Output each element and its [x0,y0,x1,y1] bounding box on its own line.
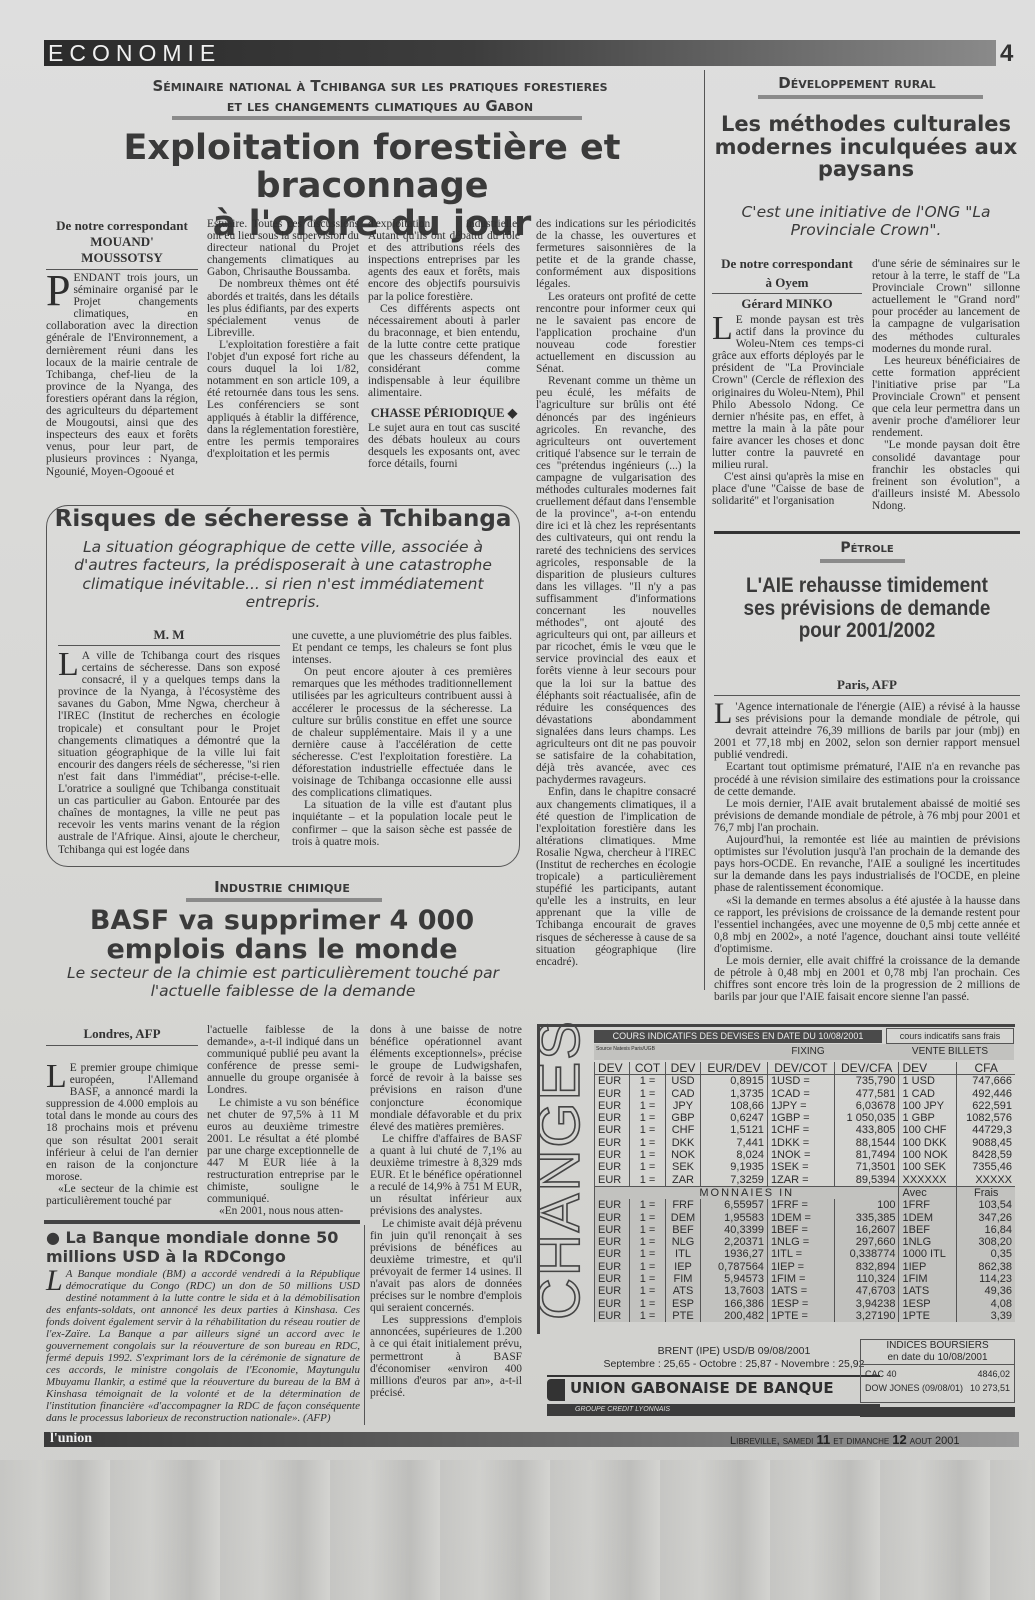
drought-column-1: L A ville de Tchibanga court des risques… [58,650,280,856]
paragraph: Le chimiste avait déjà prévenu fin juin … [370,1218,522,1315]
changes-side-title: cours indicatifs sans frais [886,1028,1014,1044]
table-cell: 1,5121 [701,1124,768,1136]
table-cell: 88,1544 [834,1137,899,1149]
table-cell: 100 SEK [899,1161,957,1173]
newspaper-page: ECONOMIE 4 Séminaire national à Tchibang… [0,0,1035,1600]
paragraph: Les heureux bénéficiaires de cette forma… [872,355,1020,440]
monnaies-in-rows: EUR1 =FRF6,559571FRF =1001FRF103,54EUR1 … [595,1199,1016,1322]
table-row: EUR1 =USD0,89151USD =735,7901 USD747,666 [595,1075,1016,1088]
changes-source: Source Natexis Paris/UGB [596,1046,655,1052]
table-cell: 1 050,035 [834,1112,899,1124]
byline-name-2: MOUSSOTSY [46,250,198,266]
bank-rule-top [547,1375,880,1377]
table-cell: 1IEP = [767,1261,834,1273]
table-cell: 862,38 [957,1261,1015,1273]
date-day: 12 [892,1432,906,1447]
column-header: DEV [595,1062,630,1075]
table-cell: 81,7494 [834,1149,899,1161]
table-row: EUR1 =IEP0,7875641IEP =832,8941IEP862,38 [595,1261,1016,1273]
table-cell: 1 = [630,1100,666,1112]
table-cell: 492,446 [957,1088,1015,1100]
table-cell: 44729,3 [957,1124,1015,1136]
paragraph: dons à une baisse de notre bénéfice opér… [370,1024,522,1133]
table-cell: 1ESP [899,1298,957,1310]
indices-date: en date du 10/08/2001 [861,1352,1014,1365]
table-cell: 1USD = [767,1075,834,1088]
petrole-headline-line3: pour 2001/2002 [729,620,1004,643]
table-cell: SEK [665,1161,700,1173]
table-cell: 100 DKK [899,1137,957,1149]
table-cell: 16,2607 [834,1224,899,1236]
table-cell: XXXXXX [899,1174,957,1187]
table-cell: EUR [595,1310,630,1322]
table-row: EUR1 =DEM1,955831DEM =335,3851DEM347,26 [595,1212,1016,1224]
rural-column-2: d'une série de séminaires sur le retour … [872,258,1020,512]
column-header: EUR/DEV [701,1062,768,1075]
table-cell: 1 = [630,1212,666,1224]
table-cell: 2,20371 [701,1236,768,1248]
table-cell: 71,3501 [834,1161,899,1173]
table-cell: 6,03678 [834,1100,899,1112]
paragraph: l'actuelle faiblesse de la demande», a-t… [207,1024,359,1097]
column-text: A Banque mondiale (BM) a accordé vendred… [46,1268,360,1424]
basf-column-1: L E premier groupe chimique européen, l'… [46,1062,198,1207]
drought-column-2: une cuvette, a une pluviométrie des plus… [292,630,512,848]
paragraph: «Si la demande en termes absolus a été a… [714,895,1020,955]
rural-headline: Les méthodes culturales modernes inculqu… [712,113,1020,181]
table-cell: EUR [595,1285,630,1297]
banque-body: L A Banque mondiale (BM) a accordé vendr… [46,1268,360,1424]
table-cell: 1ATS = [767,1285,834,1297]
table-cell: 1 = [630,1149,666,1161]
petrole-byline: Paris, AFP [714,677,1020,693]
column-text: E premier groupe chimique européen, l'Al… [46,1062,198,1183]
table-cell: 1DEM = [767,1212,834,1224]
indices-title: INDICES BOURSIERS [861,1340,1014,1352]
table-cell: EUR [595,1261,630,1273]
table-cell: 3,94238 [834,1298,899,1310]
rural-kicker: Développement rural [712,74,1002,92]
table-row: EUR1 =PTE200,4821PTE =3,271901PTE3,39 [595,1310,1016,1322]
subheading-chasse-periodique: CHASSE PÉRIODIQUE ◆ [368,407,520,419]
paragraph: Revenant comme un thème un peu éculé, le… [536,375,696,786]
indices-bottom-band [860,1407,1015,1417]
table-cell: 1CAD = [767,1088,834,1100]
table-cell: 433,805 [834,1124,899,1136]
byline-name: M. M [58,627,280,643]
table-cell: 7,441 [701,1137,768,1149]
table-cell: 16,84 [957,1224,1015,1236]
table-row: EUR1 =ATS13,76031ATS =47,67031ATS49,36 [595,1285,1016,1297]
table-cell: 1 = [630,1236,666,1248]
index-row-dowjones: DOW JONES (09/08/01) 10 273,51 [861,1379,1014,1393]
table-cell: 1ATS [899,1285,957,1297]
table-row: EUR1 =DKK7,4411DKK =88,1544100 DKK9088,4… [595,1137,1016,1149]
table-cell: 735,790 [834,1075,899,1088]
table-cell: 100 NOK [899,1149,957,1161]
table-cell: EUR [595,1248,630,1260]
paragraph: Estuaire. Toutes ces discussions ont eu … [207,218,359,278]
table-cell: 1 = [630,1137,666,1149]
byline-name-1: MOUAND' [46,234,198,250]
table-cell: 166,386 [701,1298,768,1310]
table-cell: 1 = [630,1298,666,1310]
table-cell: 1FRF = [767,1199,834,1211]
table-cell: 1ZAR = [767,1174,834,1187]
petrole-byline-rule [714,695,1020,696]
table-cell: EUR [595,1199,630,1211]
forest-column-1: P ENDANT trois jours, un séminaire organ… [46,272,198,478]
index-name: DOW JONES (09/08/01) [865,1383,963,1393]
paragraph: une cuvette, a une pluviométrie des plus… [292,630,512,666]
paragraph: L'exploitation forestière a fait l'objet… [207,339,359,460]
bank-group: GROUPE CREDIT LYONNAIS [547,1404,880,1416]
table-cell: 1 = [630,1248,666,1260]
newspaper-logo: l'union [50,1431,92,1447]
table-cell: 1 = [630,1112,666,1124]
table-cell: 1FIM = [767,1273,834,1285]
changes-title: COURS INDICATIFS DES DEVISES EN DATE DU … [594,1030,882,1043]
table-cell: 1,3735 [701,1088,768,1100]
paragraph: Le mois dernier, elle avait chiffré la c… [714,955,1020,1003]
table-cell: 1BEF = [767,1224,834,1236]
table-cell: EUR [595,1137,630,1149]
bank-logo-icon [547,1379,565,1401]
petrole-body: L 'Agence internationale de l'énergie (A… [714,701,1020,1003]
table-cell: 9,1935 [701,1161,768,1173]
table-cell: 103,54 [957,1199,1015,1211]
table-row: EUR1 =FRF6,559571FRF =1001FRF103,54 [595,1199,1016,1211]
table-cell: 9088,45 [957,1137,1015,1149]
byline-name: Gérard MINKO [712,296,862,312]
column-text: 'Agence internationale de l'énergie (AIE… [714,701,1020,761]
column-text: A ville de Tchibanga court des risques c… [58,650,280,856]
brief-top-rule [44,1220,360,1224]
table-cell: 1 = [630,1075,666,1088]
monnaies-in-row: MONNAIES IN Avec Frais [595,1186,1016,1199]
table-cell: 3,27190 [834,1310,899,1322]
table-cell: 1PTE [899,1310,957,1322]
table-cell: EUR [595,1075,630,1088]
rural-byline: De notre correspondant à Oyem Gérard MIN… [712,256,862,312]
paragraph: C'est ainsi qu'après la mise en place d'… [712,471,864,507]
table-cell: 1 = [630,1124,666,1136]
paragraph: d'exploitation industrielle. Autant qu'i… [368,218,520,303]
page-bottom-shadow [0,1460,1035,1600]
table-cell: 1082,576 [957,1112,1015,1124]
table-cell: ATS [665,1285,700,1297]
table-cell: 308,20 [957,1236,1015,1248]
table-cell: 1DEM [899,1212,957,1224]
table-cell: EUR [595,1298,630,1310]
table-row: EUR1 =ZAR7,32591ZAR =89,5394XXXXXXXXXXX [595,1174,1016,1187]
table-cell: 1NLG = [767,1236,834,1248]
byline-label: De notre correspondant [46,218,198,234]
drop-cap: L [46,1269,63,1293]
table-cell: 1 = [630,1088,666,1100]
date-text: aout 2001 [907,1435,960,1447]
table-cell: IEP [665,1261,700,1273]
table-cell: 108,66 [701,1100,768,1112]
table-row: EUR1 =ITL1936,271ITL =0,3387741000 ITL0,… [595,1248,1016,1260]
table-cell: 0,8915 [701,1075,768,1088]
table-cell: 1BEF [899,1224,957,1236]
table-cell: 0,338774 [834,1248,899,1260]
table-cell: 1936,27 [701,1248,768,1260]
date-text: Libreville, samedi [730,1435,816,1447]
byline-location: à Oyem [712,275,862,291]
table-cell: 1GBP = [767,1112,834,1124]
table-cell: 100 JPY [899,1100,957,1112]
basf-byline: Londres, AFP [46,1026,198,1046]
table-header-row: DEV COT DEV EUR/DEV DEV/COT DEV/CFA DEV … [595,1062,1016,1075]
table-cell: 1 = [630,1161,666,1173]
forest-headline-line1: Exploitation forestière et braconnage [44,130,700,206]
table-cell: 747,666 [957,1075,1015,1088]
table-cell: 89,5394 [834,1174,899,1187]
paragraph: Aujourd'hui, la remontée est liée au mai… [714,834,1020,894]
table-cell: 4,08 [957,1298,1015,1310]
rural-column-1: L E monde paysan est très actif dans la … [712,314,864,508]
table-cell: 1DKK = [767,1137,834,1149]
table-cell: 7,3259 [701,1174,768,1187]
basf-kicker: Industrie chimique [44,878,520,896]
table-cell: 8,024 [701,1149,768,1161]
basf-headline-line1: BASF va supprimer 4 000 [44,906,520,935]
table-cell: 1FRF [899,1199,957,1211]
table-cell: JPY [665,1100,700,1112]
forest-kicker-rule [172,116,582,120]
paragraph: des indications sur les périodicités de … [536,218,696,291]
paragraph: Le mois dernier, l'AIE avait brutalement… [714,798,1020,834]
vente-billets-label: VENTE BILLETS [886,1046,1014,1057]
bank-name: UNION GABONAISE DE BANQUE [570,1379,834,1397]
table-cell: 114,23 [957,1273,1015,1285]
brent-prices: BRENT (IPE) USD/B 09/08/2001 Septembre :… [584,1345,884,1371]
monnaies-in-label: MONNAIES IN [595,1186,899,1199]
drop-cap: L [46,1063,67,1091]
forest-column-2: Estuaire. Toutes ces discussions ont eu … [207,218,359,460]
table-cell: NOK [665,1149,700,1161]
paragraph: La situation de la ville est d'autant pl… [292,799,512,847]
table-cell: 1 = [630,1273,666,1285]
date-text: et dimanche [830,1435,892,1447]
drought-byline: M. M [58,627,280,646]
table-cell: ITL [665,1248,700,1260]
table-cell: BEF [665,1224,700,1236]
table-cell: 335,385 [834,1212,899,1224]
table-cell: EUR [595,1212,630,1224]
table-cell: 297,660 [834,1236,899,1248]
table-cell: 100 [834,1199,899,1211]
table-cell: 1IEP [899,1261,957,1273]
table-cell: 1 GBP [899,1112,957,1124]
basf-column-3: dons à une baisse de notre bénéfice opér… [370,1024,522,1399]
paragraph: Ces différents aspects ont nécessairemen… [368,303,520,400]
table-cell: EUR [595,1236,630,1248]
table-cell: 477,581 [834,1088,899,1100]
forest-column-3: d'exploitation industrielle. Autant qu'i… [368,218,520,470]
table-row: EUR1 =ESP166,3861ESP =3,942381ESP4,08 [595,1298,1016,1310]
column-header: COT [630,1062,666,1075]
banque-headline: ● La Banque mondiale donne 50 millions U… [46,1228,360,1266]
table-cell: 1 = [630,1261,666,1273]
footer-date: Libreville, samedi 11 et dimanche 12 aou… [730,1432,960,1449]
paragraph: «En 2001, nous nous atten- [207,1205,359,1217]
table-cell: ZAR [665,1174,700,1187]
table-cell: 3,39 [957,1310,1015,1322]
basf-kicker-rule [186,898,382,902]
table-row: EUR1 =NOK8,0241NOK =81,7494100 NOK8428,5… [595,1149,1016,1161]
date-day: 11 [816,1432,830,1447]
byline-rule [46,1045,198,1046]
column-header: DEV/COT [767,1062,834,1075]
table-cell: FRF [665,1199,700,1211]
byline-rule [58,645,280,646]
table-cell: EUR [595,1273,630,1285]
table-cell: 110,324 [834,1273,899,1285]
index-value: 10 273,51 [970,1383,1010,1393]
table-cell: EUR [595,1100,630,1112]
table-cell: 1FIM [899,1273,957,1285]
basf-deck: Le secteur de la chimie est particulière… [56,964,510,1001]
table-cell: 0,787564 [701,1261,768,1273]
table-cell: 1ITL = [767,1248,834,1260]
table-cell: 200,482 [701,1310,768,1322]
stock-indices-box: INDICES BOURSIERS en date du 10/08/2001 … [860,1339,1015,1403]
petrole-kicker-rule [820,559,905,563]
table-cell: NLG [665,1236,700,1248]
table-cell: EUR [595,1161,630,1173]
basf-column-2: l'actuelle faiblesse de la demande», a-t… [207,1024,359,1218]
table-cell: 7355,46 [957,1161,1015,1173]
table-cell: DKK [665,1137,700,1149]
byline-label: De notre correspondant [712,256,862,272]
avec-label: Avec [899,1186,957,1199]
table-cell: 1NLG [899,1236,957,1248]
table-cell: EUR [595,1112,630,1124]
paragraph: Le sujet aura en tout cas suscité des dé… [368,422,520,470]
fixing-rows: EUR1 =USD0,89151USD =735,7901 USD747,666… [595,1075,1016,1187]
table-cell: 1PTE = [767,1310,834,1322]
basf-headline-line2: emplois dans le monde [44,935,520,964]
table-cell: 1,95583 [701,1212,768,1224]
drought-deck: La situation géographique de cette ville… [56,538,510,611]
table-cell: 1 CAD [899,1088,957,1100]
paragraph: Enfin, dans le chapitre consacré aux cha… [536,786,696,967]
table-cell: 622,591 [957,1100,1015,1112]
index-row-cac40: CAC 40 4846,02 [861,1365,1014,1379]
petrole-headline-line1: L'AIE rehausse timidement [729,575,1004,598]
table-cell: 1 = [630,1174,666,1187]
byline-name: Londres, AFP [46,1026,198,1042]
paragraph: Ecartant tout optimisme prématuré, l'AIE… [714,761,1020,797]
table-row: EUR1 =CAD1,37351CAD =477,5811 CAD492,446 [595,1088,1016,1100]
paragraph: Les orateurs ont profité de cette rencon… [536,291,696,376]
table-cell: 1CHF = [767,1124,834,1136]
table-cell: 6,55957 [701,1199,768,1211]
table-cell: 1 = [630,1310,666,1322]
column-text: E monde paysan est très actif dans la pr… [712,314,864,471]
index-name: CAC 40 [865,1369,897,1379]
table-cell: 5,94573 [701,1273,768,1285]
table-cell: ESP [665,1298,700,1310]
table-cell: DEM [665,1212,700,1224]
paragraph: Le chimiste a vu son bénéfice net chuter… [207,1097,359,1206]
paragraph: d'une série de séminaires sur le retour … [872,258,1020,355]
page-number: 4 [1000,40,1013,68]
paragraph: Le chiffre d'affaires de BASF a quant à … [370,1133,522,1218]
forest-byline: De notre correspondant MOUAND' MOUSSOTSY [46,218,198,270]
paragraph: "Le monde paysan doit être consolidé dav… [872,439,1020,512]
forest-kicker: Séminaire national à Tchibanga sur les p… [60,76,700,116]
brent-values: Septembre : 25,65 - Octobre : 25,87 - No… [584,1358,884,1371]
paragraph: Les suppressions d'emplois annoncées, su… [370,1314,522,1399]
column-header: DEV [665,1062,700,1075]
column-header: DEV/CFA [834,1062,899,1075]
exchange-rate-table: DEV COT DEV EUR/DEV DEV/COT DEV/CFA DEV … [594,1062,1015,1322]
table-cell: CAD [665,1088,700,1100]
table-row: EUR1 =CHF1,51211CHF =433,805100 CHF44729… [595,1124,1016,1136]
table-cell: 8428,59 [957,1149,1015,1161]
table-cell: GBP [665,1112,700,1124]
table-row: EUR1 =SEK9,19351SEK =71,3501100 SEK7355,… [595,1161,1016,1173]
changes-vertical-title: CHANGES [540,1030,580,1320]
table-cell: 1 = [630,1224,666,1236]
petrole-kicker: Pétrole [714,540,1020,556]
table-cell: EUR [595,1224,630,1236]
table-cell: 40,3399 [701,1224,768,1236]
fixing-label: FIXING [732,1046,884,1057]
frais-label: Frais [957,1186,1015,1199]
rural-deck: C'est une initiative de l'ONG "La Provin… [716,203,1016,240]
table-cell: EUR [595,1124,630,1136]
section-header-band: ECONOMIE [44,40,996,66]
table-cell: CHF [665,1124,700,1136]
drop-cap: L [58,651,79,679]
forest-kicker-line2: et les changements climatiques au Gabon [60,96,700,116]
table-cell: 1ESP = [767,1298,834,1310]
table-cell: 47,6703 [834,1285,899,1297]
table-cell: XXXXX [957,1174,1015,1187]
drop-cap: L [714,702,732,726]
table-cell: 832,894 [834,1261,899,1273]
table-row: EUR1 =GBP0,62471GBP =1 050,0351 GBP1082,… [595,1112,1016,1124]
basf-headline: BASF va supprimer 4 000 emplois dans le … [44,906,520,964]
forest-column-4: des indications sur les périodicités de … [536,218,696,968]
brent-title: BRENT (IPE) USD/B 09/08/2001 [584,1345,884,1358]
column-divider [704,70,705,990]
table-cell: 347,26 [957,1212,1015,1224]
paragraph: De nombreux thèmes ont été abordés et tr… [207,278,359,338]
table-cell: PTE [665,1310,700,1322]
table-cell: USD [665,1075,700,1088]
table-cell: 0,35 [957,1248,1015,1260]
index-value: 4846,02 [977,1369,1010,1379]
column-divider [364,1225,365,1425]
column-header: CFA [957,1062,1015,1075]
table-cell: EUR [595,1149,630,1161]
petrole-top-rule [714,531,1020,534]
table-cell: 100 CHF [899,1124,957,1136]
table-cell: 1JPY = [767,1100,834,1112]
table-cell: 0,6247 [701,1112,768,1124]
drought-headline: Risques de sécheresse à Tchibanga [48,507,518,532]
paragraph: «Le secteur de la chimie est particulièr… [46,1183,198,1207]
table-cell: 1 USD [899,1075,957,1088]
paragraph: On peut encore ajouter à ces premières r… [292,666,512,799]
table-cell: 1SEK = [767,1161,834,1173]
